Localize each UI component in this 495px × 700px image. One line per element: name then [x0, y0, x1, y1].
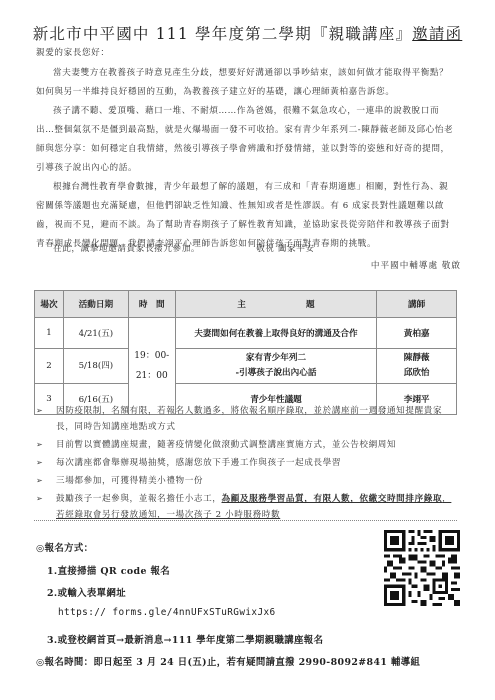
note-text: 鼓勵孩子一起參與，並報名擔任小志工， [56, 494, 222, 504]
arrow-bullet-icon: ➢ [36, 403, 43, 419]
invitation-letter: 新北市中平國中 111 學年度第二學期『親職講座』邀請函 親愛的家長您好： 當夫… [0, 0, 495, 700]
arrow-bullet-icon: ➢ [36, 437, 43, 453]
paragraph-2: 孩子講不聽、愛頂嘴、藉口一堆、不耐煩……作為爸媽，很難不氣急攻心，一連串的說教脫… [36, 102, 456, 178]
header-session: 場次 [35, 291, 64, 318]
note-text: 三場都參加，可獲得精美小禮物一份 [56, 476, 203, 486]
table-row: 2 5/18(四) 家有青少年列二 -引導孩子說出內心話 陳靜薇 邱欣怡 [35, 349, 457, 384]
session-date: 5/18(四) [63, 349, 128, 384]
speaker-line-2: 邱欣怡 [377, 366, 456, 381]
list-item: ➢ 目前暫以實體講座規畫，隨著疫情變化做滾動式調整講座實施方式，並公告校網周知 [36, 437, 460, 453]
session-date: 4/21(五) [63, 318, 128, 349]
regards-text: 敬祝 闔家平安 [256, 244, 315, 254]
schedule-table: 場次 活動日期 時 間 主 題 講師 1 4/21(五) 19：00- 21：0… [34, 290, 457, 415]
session-number: 2 [35, 349, 64, 384]
speaker-line-1: 陳靜薇 [377, 351, 456, 366]
time-start: 19：00- [129, 346, 175, 366]
session-speaker: 陳靜薇 邱欣怡 [377, 349, 457, 384]
time-end: 21：00 [129, 366, 175, 386]
list-item: ➢ 因防疫限制，名額有限，若報名人數過多，將依報名順序錄取，並於講座前一週發通知… [36, 403, 460, 435]
registration-step-2: 2.或輸入表單網址 [47, 585, 126, 599]
note-emphasis: 為顧及服務學習品質，有限人數，依繳交時間排序錄取 [222, 494, 443, 504]
arrow-bullet-icon: ➢ [36, 473, 43, 489]
table-row: 1 4/21(五) 19：00- 21：00 夫妻間如何在教養上取得良好的溝通及… [35, 318, 457, 349]
note-text: 因防疫限制，名額有限，若報名人數過多，將依報名順序錄取，並於講座前一週發通知提醒… [56, 406, 442, 432]
paragraph-1: 當夫妻雙方在教養孩子時意見產生分歧，想要好好溝通卻以爭吵結束，該如何做才能取得平… [36, 64, 456, 102]
registration-url-link[interactable]: https:// forms.gle/4nnUFxSTuRGwixJx6 [58, 607, 276, 618]
registration-deadline: ◎報名時間：即日起至 3 月 24 日(五)止，若有疑問請直撥 2990-809… [36, 654, 420, 668]
list-item: ➢ 每次講座都會舉辦現場抽獎，感謝您放下手邊工作與孩子一起成長學習 [36, 455, 460, 471]
header-date: 活動日期 [63, 291, 128, 318]
session-topic: 夫妻間如何在教養上取得良好的溝通及合作 [175, 318, 377, 349]
title-suffix: 邀請函 [412, 25, 462, 43]
header-speaker: 講師 [377, 291, 457, 318]
registration-step-1: 1.直接掃描 QR code 報名 [47, 563, 170, 577]
arrow-bullet-icon: ➢ [36, 455, 43, 471]
greeting: 親愛的家長您好： [36, 44, 456, 63]
session-speaker: 黃柏嘉 [377, 318, 457, 349]
signature: 中平國中輔導處 敬啟 [371, 259, 461, 271]
list-item: ➢ 三場都參加，可獲得精美小禮物一份 [36, 473, 460, 489]
session-number: 1 [35, 318, 64, 349]
header-topic: 主 題 [175, 291, 377, 318]
page-title: 新北市中平國中 111 學年度第二學期『親職講座』邀請函 [0, 22, 495, 44]
arrow-bullet-icon: ➢ [36, 491, 43, 507]
qr-code-icon[interactable] [384, 530, 460, 606]
session-topic: 家有青少年列二 -引導孩子說出內心話 [175, 349, 377, 384]
closing-text: 在此，誠摯地邀請貴家長撥冗參加。 [53, 244, 200, 254]
note-text: 目前暫以實體講座規畫，隨著疫情變化做滾動式調整講座實施方式，並公告校網周知 [56, 440, 396, 450]
dotted-divider [34, 520, 457, 521]
registration-step-3: 3.或登校網首頁→最新消息→111 學年度第二學期親職講座報名 [47, 632, 323, 646]
registration-heading: ◎報名方式： [36, 540, 93, 554]
notes-list: ➢ 因防疫限制，名額有限，若報名人數過多，將依報名順序錄取，並於講座前一週發通知… [36, 403, 460, 525]
header-time: 時 間 [128, 291, 175, 318]
table-header-row: 場次 活動日期 時 間 主 題 講師 [35, 291, 457, 318]
title-main: 新北市中平國中 111 學年度第二學期『親職講座』 [33, 25, 412, 43]
note-text: 每次講座都會舉辦現場抽獎，感謝您放下手邊工作與孩子一起成長學習 [56, 458, 341, 468]
topic-line-1: 家有青少年列二 [176, 351, 377, 366]
session-time: 19：00- 21：00 [128, 318, 175, 415]
closing-line: 在此，誠摯地邀請貴家長撥冗參加。敬祝 闔家平安 [53, 240, 473, 259]
topic-line-2: -引導孩子說出內心話 [176, 366, 377, 381]
list-item: ➢ 鼓勵孩子一起參與，並報名擔任小志工，為顧及服務學習品質，有限人數，依繳交時間… [36, 491, 460, 523]
